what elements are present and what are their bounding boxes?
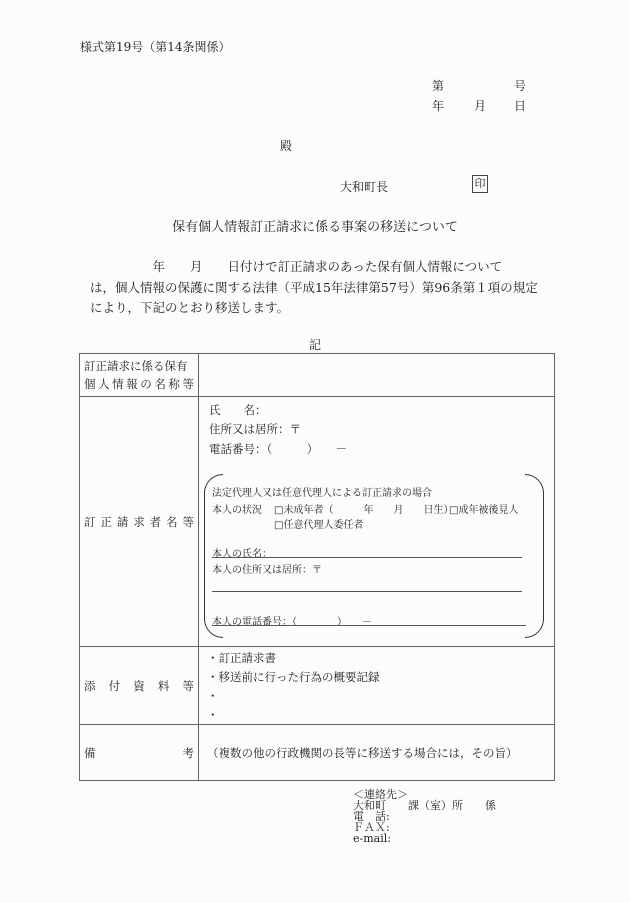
body-text: 年 月 日付けで訂正請求のあった保有個人情報について は，個人情報の保護に関する… bbox=[90, 257, 560, 319]
person-status-label: 本人の状況 bbox=[212, 501, 262, 516]
person-address-underline bbox=[212, 591, 522, 592]
contact-info: ＜連絡先＞ 大和町 課（室）所 係 電 話: ＦＡＸ: e-mail: bbox=[353, 789, 496, 844]
table-row-requester: 訂 正 請 求 者 名 等 氏 名： 住所又は居所：〒 電話番号：（ ） － bbox=[80, 397, 555, 647]
label-info-name-line2: 個 人 情 報 の 名 称 等 bbox=[84, 375, 194, 393]
requester-details: 氏 名： 住所又は居所：〒 電話番号：（ ） － 法定代理人又は任意代理人による… bbox=[199, 397, 555, 647]
table-row-remarks: 備 考 （複数の他の行政機関の長等に移送する場合には，その旨） bbox=[80, 725, 555, 781]
seal-mark: 印 bbox=[472, 175, 488, 193]
label-info-name-line1: 訂正請求に係る保有 bbox=[84, 357, 194, 375]
table-row-attachments: 添 付 資 料 等 ・訂正請求書 ・移送前に行った行為の概要記録 ・ ・ bbox=[80, 647, 555, 725]
doc-number-prefix: 第 bbox=[432, 77, 444, 94]
label-requester: 訂 正 請 求 者 名 等 bbox=[80, 397, 199, 647]
list-item: ・移送前に行った行為の概要記録 bbox=[207, 669, 380, 685]
right-bracket-icon bbox=[525, 474, 544, 638]
label-info-name: 訂正請求に係る保有 個 人 情 報 の 名 称 等 bbox=[80, 354, 199, 397]
transfer-details-table: 訂正請求に係る保有 個 人 情 報 の 名 称 等 訂 正 bbox=[79, 353, 555, 781]
date-day: 日 bbox=[514, 97, 526, 114]
body-line-3: により，下記のとおり移送します。 bbox=[90, 298, 560, 319]
agent-request-box: 法定代理人又は任意代理人による訂正請求の場合 本人の状況 □未成年者（ 年 月 … bbox=[204, 474, 544, 636]
person-phone-underline bbox=[212, 625, 526, 626]
document-title: 保有個人情報訂正請求に係る事案の移送について bbox=[0, 216, 630, 235]
label-remarks: 備 考 bbox=[80, 725, 199, 781]
addressee-suffix: 殿 bbox=[280, 137, 292, 154]
person-name-underline bbox=[212, 557, 522, 558]
date-year: 年 bbox=[432, 97, 444, 114]
requester-address-field[interactable]: 住所又は居所：〒 bbox=[209, 421, 301, 437]
form-number: 様式第19号（第14条関係） bbox=[80, 38, 231, 55]
document-number: 第 号 bbox=[432, 77, 527, 91]
list-item[interactable]: ・ bbox=[207, 707, 219, 723]
list-item[interactable]: ・ bbox=[207, 688, 219, 704]
checkbox-agent-delegator[interactable]: □任意代理人委任者 bbox=[274, 516, 363, 531]
checkbox-minor[interactable]: □未成年者（ 年 月 日生） bbox=[274, 501, 453, 516]
body-line-1: 年 月 日付けで訂正請求のあった保有個人情報について bbox=[90, 257, 560, 278]
label-attachments: 添 付 資 料 等 bbox=[80, 647, 199, 725]
document-date: 年 月 日 bbox=[432, 97, 527, 111]
requester-phone-field[interactable]: 電話番号：（ ） － bbox=[209, 441, 347, 457]
table-row-info-name: 訂正請求に係る保有 個 人 情 報 の 名 称 等 bbox=[80, 354, 555, 397]
checkbox-adult-ward[interactable]: □成年被後見人 bbox=[449, 501, 518, 516]
date-month: 月 bbox=[474, 97, 486, 114]
list-item: ・訂正請求書 bbox=[207, 650, 276, 666]
contact-email: e-mail: bbox=[353, 833, 496, 844]
info-name-value[interactable] bbox=[199, 354, 555, 397]
doc-number-suffix: 号 bbox=[514, 77, 526, 94]
body-line-2: は，個人情報の保護に関する法律（平成15年法律第57号）第96条第１項の規定 bbox=[90, 278, 560, 299]
person-address-field[interactable]: 本人の住所又は居所：〒 bbox=[212, 561, 322, 576]
requester-name-field[interactable]: 氏 名： bbox=[209, 402, 267, 418]
attachments-list: ・訂正請求書 ・移送前に行った行為の概要記録 ・ ・ bbox=[199, 647, 555, 725]
remarks-value[interactable]: （複数の他の行政機関の長等に移送する場合には，その旨） bbox=[199, 725, 555, 781]
agent-box-heading: 法定代理人又は任意代理人による訂正請求の場合 bbox=[212, 484, 432, 499]
sender-name: 大和町長 bbox=[340, 178, 388, 195]
ki-heading: 記 bbox=[0, 336, 630, 353]
